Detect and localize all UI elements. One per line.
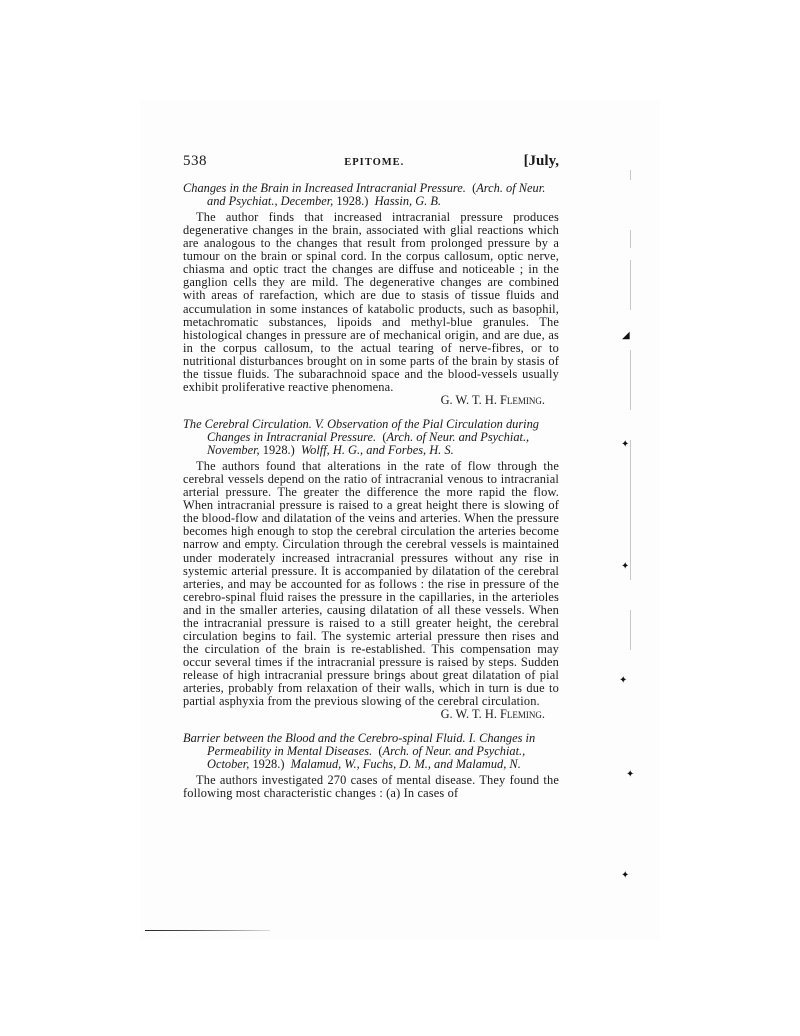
abstract-body: The authors investigated 270 cases of me… (183, 774, 559, 800)
citation-authors: Wolff, H. G., and Forbes, H. S. (301, 443, 454, 457)
abstract-entry: Barrier between the Blood and the Cerebr… (183, 732, 559, 800)
citation: The Cerebral Circulation. V. Observation… (183, 418, 559, 457)
abstract-body: The author finds that increased intracra… (183, 211, 559, 394)
running-head: 538 EPITOME. [July, (183, 155, 559, 171)
scan-artifact-line (630, 260, 631, 310)
scan-artifact-line (630, 440, 631, 580)
citation: Barrier between the Blood and the Cerebr… (183, 732, 559, 771)
scan-artifact-mark: ✦ (621, 871, 629, 881)
scan-artifact-mark: ◢ (622, 331, 630, 341)
scan-artifact-line (630, 170, 631, 180)
running-head-title: EPITOME. (326, 156, 404, 169)
scan-artifact-mark: ✦ (621, 440, 629, 450)
citation-authors: Malamud, W., Fuchs, D. M., and Malamud, … (291, 757, 521, 771)
page-number: 538 (183, 155, 207, 168)
reviewer-signature: G. W. T. H. Fleming. (441, 394, 559, 407)
citation-title: Changes in the Brain in Increased Intrac… (183, 181, 466, 195)
reviewer-signature: G. W. T. H. Fleming. (441, 708, 559, 721)
scan-artifact-mark: ✦ (619, 676, 627, 686)
page-text: 538 EPITOME. [July, Changes in the Brain… (183, 155, 559, 811)
running-head-month: [July, (524, 155, 559, 168)
abstract-body: The authors found that alterations in th… (183, 460, 559, 708)
scan-artifact-line (630, 350, 631, 410)
citation-authors: Hassin, G. B. (375, 194, 441, 208)
scan-artifact-mark: ✦ (621, 562, 629, 572)
signature-line: G. W. T. H. Fleming. (183, 394, 559, 407)
signature-line: G. W. T. H. Fleming. (183, 708, 559, 721)
scan-artifact-line (630, 230, 631, 248)
abstract-entry: Changes in the Brain in Increased Intrac… (183, 182, 559, 407)
footnote-rule (145, 930, 270, 931)
scan-artifact-mark: ✦ (626, 770, 634, 780)
scan-artifact-line (630, 610, 631, 650)
abstract-entry: The Cerebral Circulation. V. Observation… (183, 418, 559, 721)
citation: Changes in the Brain in Increased Intrac… (183, 182, 559, 208)
